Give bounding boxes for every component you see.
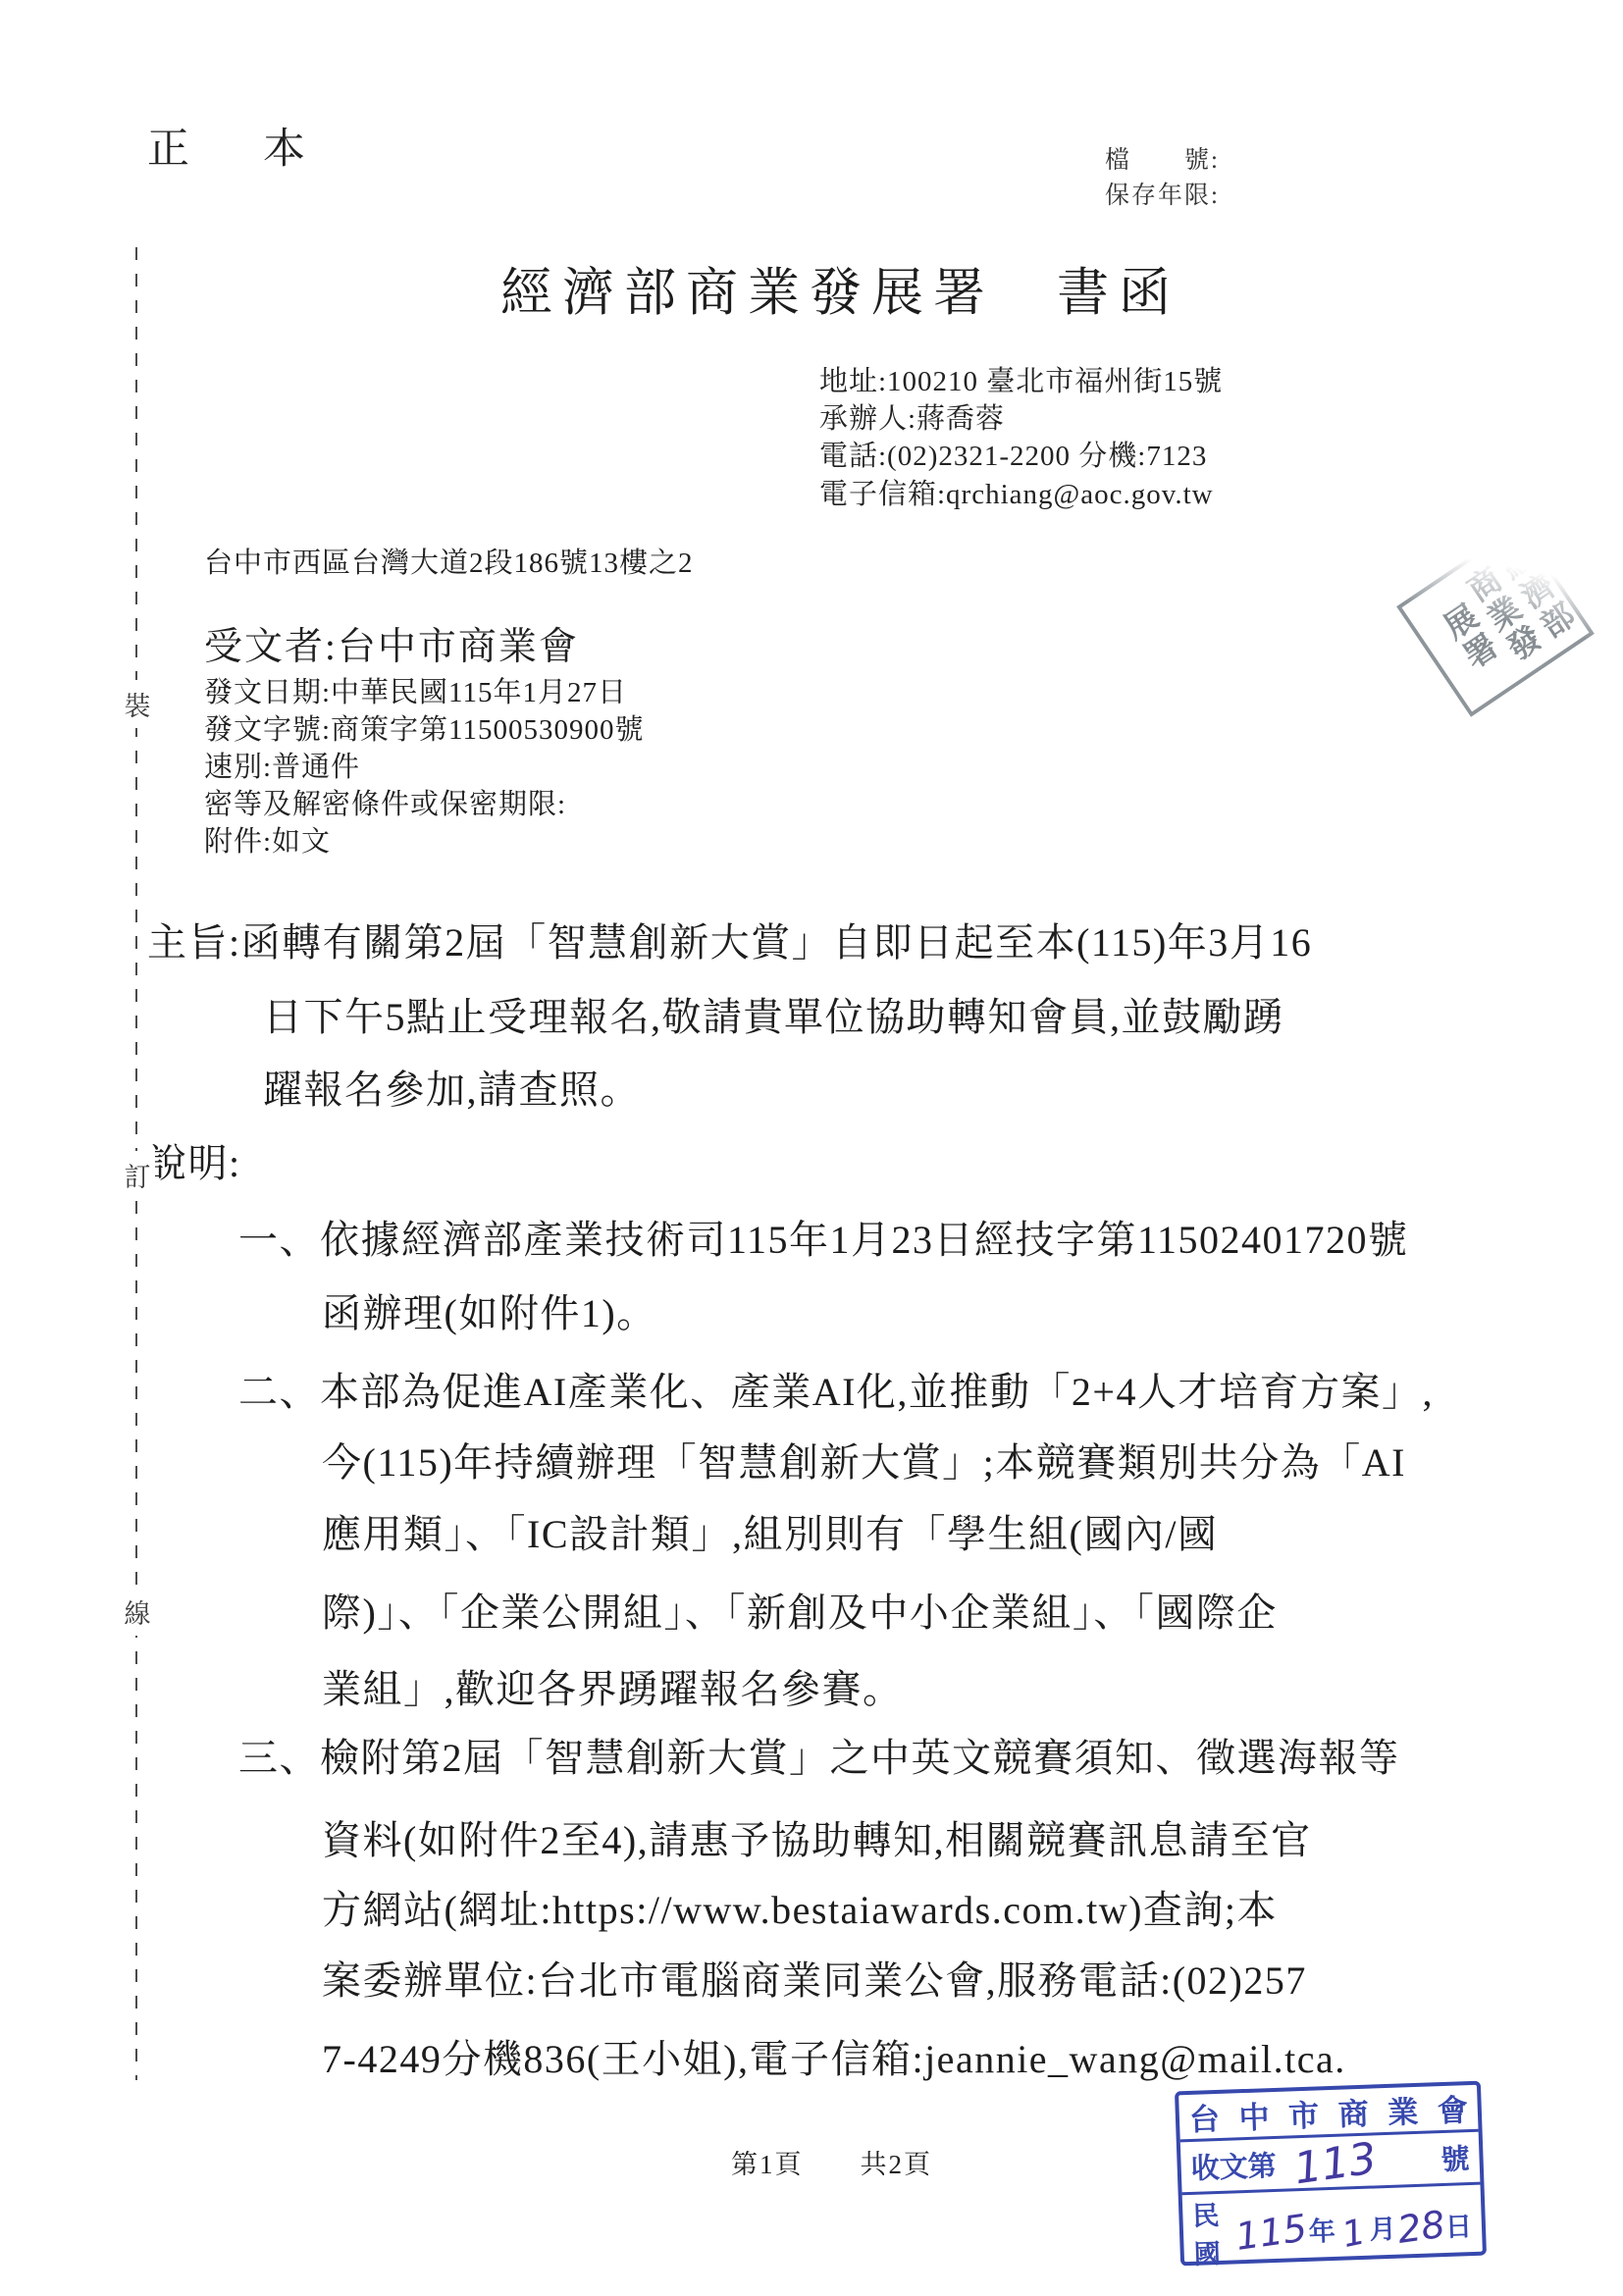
item2-line-5: 業組」,歡迎各界踴躍報名參賽。	[322, 1666, 904, 1713]
receipt-day-handwritten: 28	[1394, 2203, 1447, 2252]
sender-phone: 電話:(02)2321-2200 分機:7123	[819, 434, 1207, 474]
item2-line-4: 際)」、「企業公開組」、「新創及中小企業組」、「國際企	[322, 1590, 1278, 1637]
page-number: 第1頁	[731, 2143, 804, 2181]
receipt-month-handwritten: 1	[1338, 2212, 1369, 2256]
sender-contact-person: 承辦人:蔣喬蓉	[819, 396, 1005, 437]
recipient-line: 受文者:台中市商業會	[204, 616, 579, 671]
subject-line-1: 主旨:函轉有關第2屆「智慧創新大賞」自即日起至本(115)年3月16	[147, 919, 1312, 966]
sender-email: 電子信箱:qrchiang@aoc.gov.tw	[819, 472, 1214, 512]
attachment-line: 附件:如文	[204, 819, 331, 860]
subject-line-3: 躍報名參加,請查照。	[263, 1067, 641, 1114]
binding-mark-ding: 訂	[120, 1151, 155, 1199]
item3-line-2: 資料(如附件2至4),請惠予協助轉知,相關競賽訊息請至官	[322, 1817, 1312, 1864]
issue-date-line: 發文日期:中華民國115年1月27日	[204, 670, 627, 710]
security-line: 密等及解密條件或保密期限:	[204, 782, 566, 822]
binding-mark-xian: 線	[120, 1588, 155, 1636]
speed-line: 速別:普通件	[204, 745, 360, 785]
explanation-label: 說明:	[147, 1140, 241, 1187]
item2-line-1: 二、本部為促進AI產業化、產業AI化,並推動「2+4人才培育方案」,	[238, 1369, 1434, 1416]
item1-line-1: 一、依據經濟部產業技術司115年1月23日經技字第11502401720號	[238, 1217, 1409, 1264]
document-title: 經濟部商業發展署 書函	[500, 251, 1180, 326]
page-footer: 第1頁 共2頁	[731, 2143, 932, 2181]
file-number-label: 檔 號:	[1105, 140, 1220, 176]
receipt-org-char: 業	[1387, 2087, 1419, 2132]
agency-seal-stamp: 經濟部商業發展署	[1396, 523, 1595, 717]
receipt-month-unit: 月	[1369, 2207, 1396, 2246]
item3-line-3: 方網站(網址:https://www.bestaiawards.com.tw)查…	[322, 1887, 1278, 1934]
receipt-org-char: 中	[1238, 2092, 1271, 2137]
item3-line-1: 三、檢附第2屆「智慧創新大賞」之中英文競賽須知、徵選海報等	[238, 1735, 1400, 1782]
total-pages: 共2頁	[861, 2143, 933, 2181]
subject-line-2: 日下午5點止受理報名,敬請貴單位協助轉知會員,並鼓勵踴	[263, 994, 1284, 1041]
retention-period-label: 保存年限:	[1105, 176, 1220, 211]
receipt-stamp: 台 中 市 商 業 會 收文第 113 號 民國 115 年 1 月 28 日	[1175, 2081, 1487, 2267]
receipt-org-char: 商	[1337, 2089, 1370, 2134]
doc-number-line: 發文字號:商策字第11500530900號	[204, 707, 644, 748]
copy-type-label: 正 本	[147, 116, 321, 176]
item2-line-2: 今(115)年持續辦理「智慧創新大賞」;本競賽類別共分為「AI	[322, 1439, 1406, 1487]
recipient-street-address: 台中市西區台灣大道2段186號13樓之2	[204, 541, 694, 581]
receipt-org-char: 台	[1188, 2094, 1221, 2139]
receipt-year-handwritten: 115	[1233, 2206, 1310, 2259]
receipt-number-prefix: 收文第	[1190, 2144, 1277, 2187]
item3-line-4: 案委辦單位:台北市電腦商業同業公會,服務電話:(02)257	[322, 1957, 1307, 2005]
receipt-date-era-label: 民國	[1192, 2194, 1235, 2271]
receipt-stamp-date-row: 民國 115 年 1 月 28 日	[1182, 2182, 1484, 2272]
receipt-day-unit: 日	[1444, 2205, 1472, 2244]
receipt-org-char: 市	[1287, 2090, 1320, 2135]
item1-line-2: 函辦理(如附件1)。	[322, 1290, 657, 1337]
item2-line-3: 應用類」、「IC設計類」,組別則有「學生組(國內/國	[322, 1511, 1218, 1558]
receipt-number-suffix: 號	[1440, 2137, 1470, 2178]
receipt-year-unit: 年	[1308, 2209, 1335, 2248]
sender-address: 地址:100210 臺北市福州街15號	[819, 359, 1223, 399]
item3-line-5: 7-4249分機836(王小姐),電子信箱:jeannie_wang@mail.…	[322, 2036, 1346, 2083]
scanned-official-letter: 正 本 檔 號: 保存年限: 經濟部商業發展署 書函 地址:100210 臺北市…	[0, 0, 1623, 2296]
binding-mark-zhuang: 裝	[120, 680, 155, 728]
receipt-org-char: 會	[1437, 2085, 1469, 2130]
